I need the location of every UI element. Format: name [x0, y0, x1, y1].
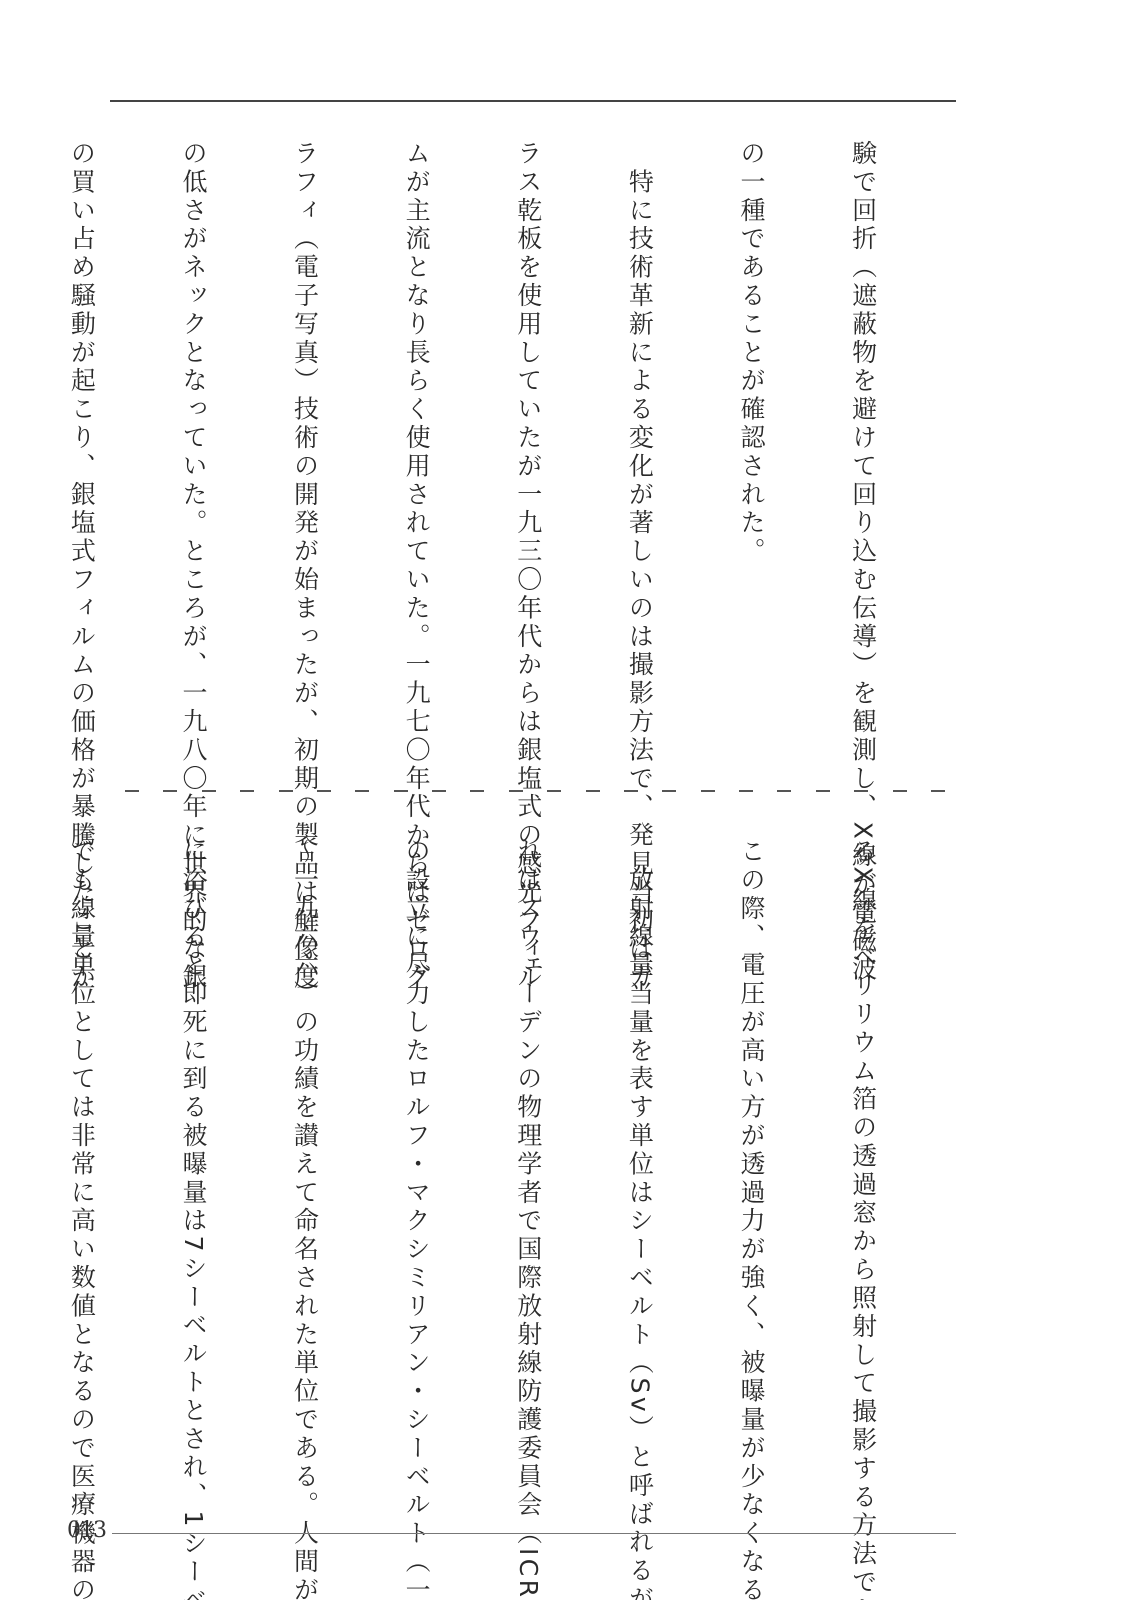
text-column: の一種であることが確認された。	[733, 140, 770, 780]
separator-dash	[777, 790, 791, 792]
text-column: るX線をベリリウム箔の透過窓から照射して撮影する方法である。	[844, 838, 881, 1478]
separator-dash	[701, 790, 715, 792]
separator-dash	[547, 790, 561, 792]
separator-dash	[163, 790, 177, 792]
text-column: に浴びると即死に到る被曝量は7シーベルトとされ、1シーベルト	[175, 838, 212, 1478]
column-separator	[125, 786, 945, 796]
text-column: ～一九六六）の功績を讃えて命名された単位である。人間が瞬間的	[286, 838, 323, 1478]
text-column: でも線量単位としては非常に高い数値となるので医療機器の線量を	[63, 838, 100, 1478]
text-column: ラフィ（電子写真）技術の開発が始まったが、初期の製品は解像度	[286, 140, 323, 780]
separator-dash	[586, 790, 600, 792]
page-number: 013	[67, 1518, 106, 1543]
text-column: 特に技術革新による変化が著しいのは撮影方法で、発見当初はガ	[621, 140, 658, 780]
separator-dash	[240, 790, 254, 792]
text-column: 験で回折（遮蔽物を避けて回り込む伝導）を観測し、X線が電磁波	[844, 140, 881, 780]
separator-dash	[854, 790, 868, 792]
separator-dash	[125, 790, 139, 792]
top-rule	[110, 100, 956, 102]
separator-dash	[202, 790, 216, 792]
bottom-rule	[112, 1533, 956, 1534]
text-column: の低さがネックとなっていた。ところが、一九八〇年に世界的な銀	[175, 140, 212, 780]
separator-dash	[624, 790, 638, 792]
text-column: 放射線量当量を表す単位はシーベルト（Sv）と呼ばれるが、こ	[621, 838, 658, 1478]
text-column: の買い占め騒動が起こり、銀塩式フィルムの価格が暴騰したことか	[63, 140, 100, 780]
text-column: ラス乾板を使用していたが一九三〇年代からは銀塩式の感光フィル	[510, 140, 547, 780]
separator-dash	[317, 790, 331, 792]
upper-text-block: 験で回折（遮蔽物を避けて回り込む伝導）を観測し、X線が電磁波 の一種であることが…	[0, 140, 956, 780]
separator-dash	[279, 790, 293, 792]
separator-dash	[509, 790, 523, 792]
separator-dash	[355, 790, 369, 792]
text-column: れはスウェーデンの物理学者で国際放射線防護委員会（ICRP）	[510, 838, 547, 1478]
separator-dash	[816, 790, 830, 792]
lower-text-block: るX線をベリリウム箔の透過窓から照射して撮影する方法である。 この際、電圧が高い…	[0, 838, 956, 1478]
separator-dash	[394, 790, 408, 792]
separator-dash	[931, 790, 945, 792]
separator-dash	[662, 790, 676, 792]
text-column: この際、電圧が高い方が透過力が強く、被曝量が少なくなる。	[733, 838, 770, 1478]
separator-dash	[739, 790, 753, 792]
text-column: の設立に尽力したロルフ・マクシミリアン・シーベルト（一八九六	[398, 838, 435, 1478]
separator-dash	[470, 790, 484, 792]
separator-dash	[432, 790, 446, 792]
separator-dash	[893, 790, 907, 792]
text-column: ムが主流となり長らく使用されていた。一九七〇年代からはゼログ	[398, 140, 435, 780]
